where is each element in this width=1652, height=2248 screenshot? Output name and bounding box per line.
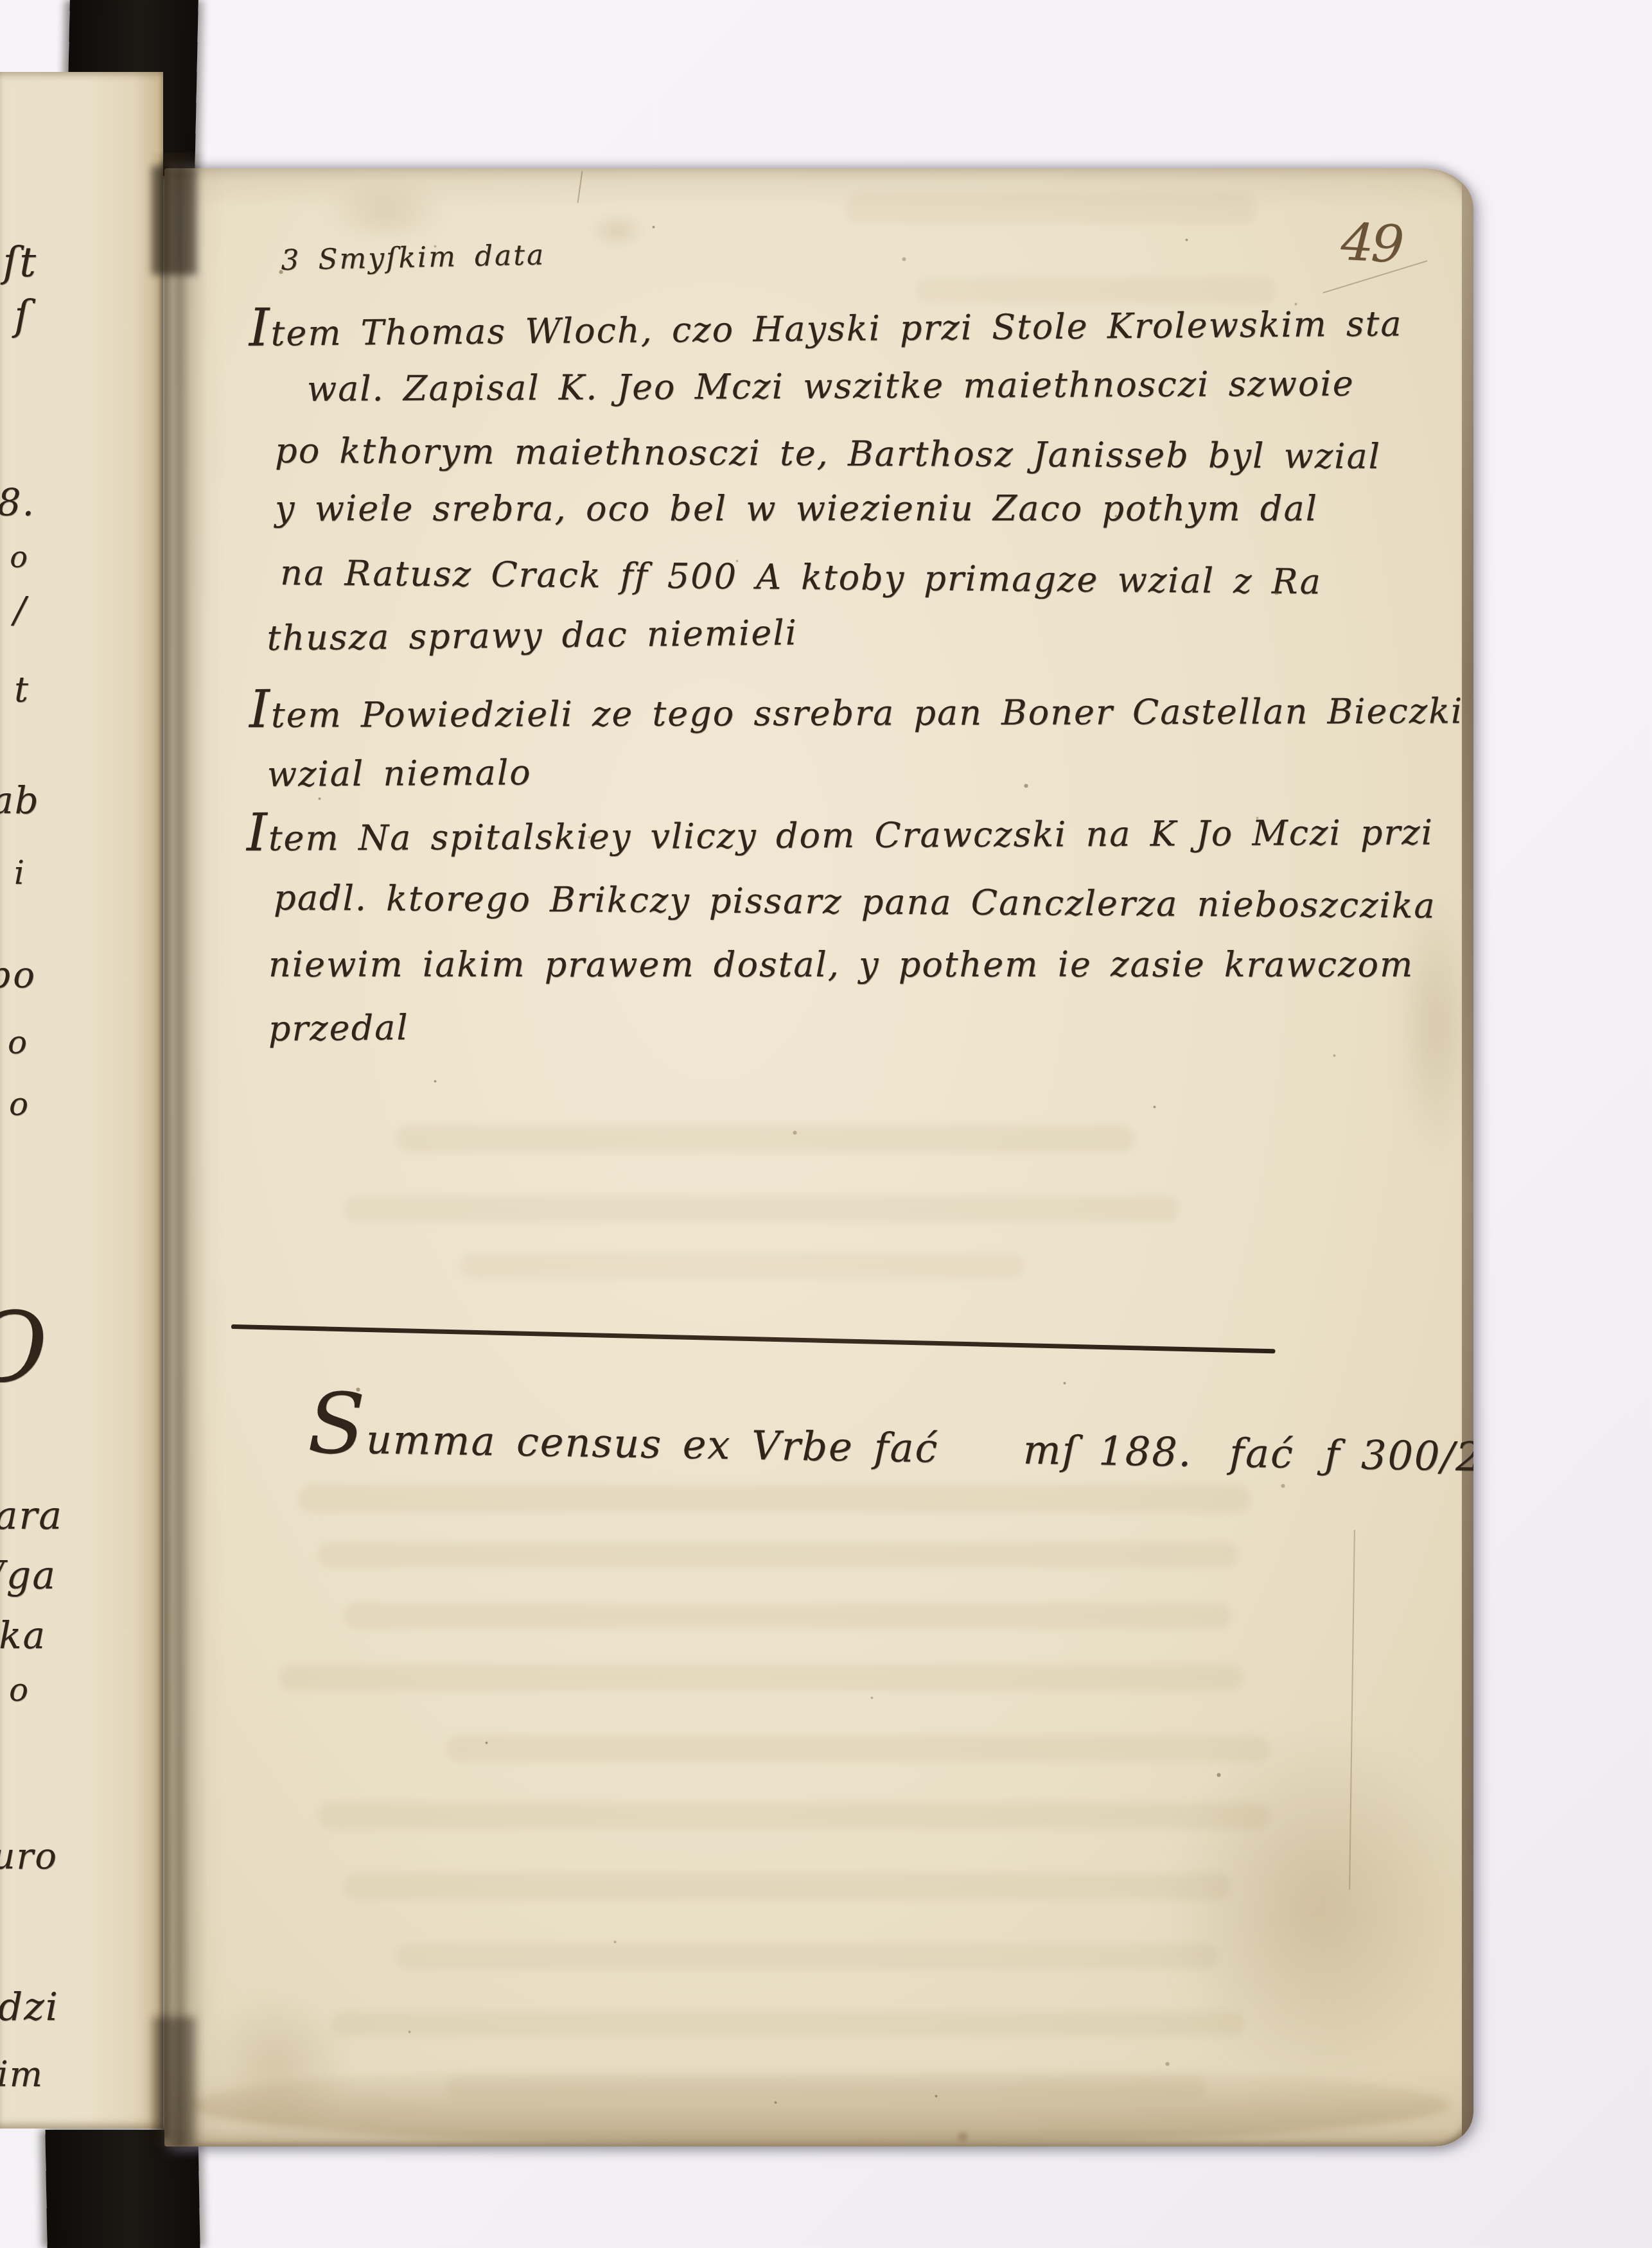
- ink-bleedthrough: [447, 2076, 1205, 2099]
- ink-bleedthrough: [460, 1254, 1025, 1278]
- manuscript-line-4: y wiele srebra, oco bel w wiezieniu Zaco…: [275, 488, 1318, 529]
- facing-page-text-fragment: duro: [0, 1836, 58, 1877]
- ink-bleedthrough: [396, 1944, 1218, 1969]
- manuscript-line-2: wal. Zapisal K. Jeo Mczi wszitke maiethn…: [307, 363, 1355, 409]
- scratch-mark-vertical: [1349, 1530, 1355, 1890]
- facing-page-text-fragment: ſ: [14, 292, 31, 340]
- ink-bleedthrough: [319, 1543, 1237, 1567]
- facing-page-text-fragment: o: [9, 1671, 30, 1708]
- ink-bleedthrough: [396, 1125, 1134, 1152]
- facing-page: ſtſ8.o/tlabiboooOBaraWgakaodurozdziim: [0, 72, 163, 2129]
- ink-bleedthrough: [447, 1735, 1269, 1761]
- heading-line: 3 Smyſkim data: [281, 238, 546, 277]
- paper-stain: [203, 1992, 351, 2140]
- manuscript-line-11: niewim iakim prawem dostal, y pothem ie …: [268, 944, 1414, 985]
- gutter-shadow-top: [152, 166, 197, 275]
- summary-label: Summa census ex Vrbe fać: [307, 1415, 939, 1471]
- facing-page-text-fragment: o: [9, 1085, 30, 1123]
- top-edge-nick: [577, 171, 583, 203]
- manuscript-line-1: Item Thomas Wloch, czo Hayski przi Stole…: [249, 288, 1403, 358]
- summary-line: Summa census ex Vrbe fać mſ 188. fać ƒ 3…: [307, 1374, 1473, 1491]
- facing-page-text-fragment: ka: [0, 1613, 46, 1657]
- paper-stain: [325, 181, 447, 242]
- ink-bleedthrough: [299, 1485, 1250, 1512]
- facing-page-text-fragment: o: [8, 1024, 28, 1061]
- facing-page-text-fragment: zdzi: [0, 1985, 59, 2030]
- summary-divider-rule: [231, 1324, 1276, 1353]
- facing-page-text-fragment: o: [10, 540, 29, 574]
- paper-stain: [954, 2130, 971, 2143]
- facing-page-text-fragment: bo: [0, 954, 36, 996]
- facing-page-text-fragment: i: [14, 854, 26, 891]
- facing-page-text-fragment: O: [0, 1292, 49, 1404]
- scanned-manuscript-photo: ſtſ8.o/tlabiboooOBaraWgakaodurozdziim 49…: [0, 0, 1652, 2248]
- facing-page-text-fragment: t: [14, 669, 30, 710]
- summary-marks-amount: mſ 188.: [1023, 1427, 1193, 1476]
- page-edge: [1462, 168, 1473, 2147]
- folio-number: 49: [1340, 212, 1403, 275]
- paper-stain: [588, 213, 646, 249]
- facing-page-text-fragment: ſt: [3, 239, 37, 286]
- paper-stain: [1166, 1723, 1468, 2089]
- ink-bleedthrough: [344, 1196, 1179, 1222]
- manuscript-line-12: przedal: [268, 1007, 409, 1049]
- manuscript-line-8: wzial niemalo: [267, 752, 532, 795]
- facing-page-text-fragment: Bara: [0, 1493, 63, 1538]
- ink-bleedthrough: [280, 1665, 1243, 1690]
- summary-florins-amount: ƒ 300/24:: [1324, 1431, 1473, 1481]
- facing-page-text-fragment: Wga: [0, 1553, 57, 1598]
- manuscript-line-5: na Ratusz Crack ff 500 A ktoby primagze …: [280, 552, 1322, 602]
- facing-page-text-fragment: lab: [0, 778, 40, 822]
- gutter-shadow-bottom: [153, 2017, 195, 2145]
- manuscript-page: 49 3 Smyſkim data Item Thomas Wloch, czo…: [164, 168, 1473, 2147]
- manuscript-line-10: padl. ktorego Brikczy pissarz pana Cancz…: [274, 877, 1436, 926]
- facing-page-text-fragment: im: [0, 2054, 44, 2094]
- manuscript-line-7: Item Powiedzieli ze tego ssrebra pan Bon…: [249, 675, 1464, 740]
- ink-bleedthrough: [845, 194, 1256, 224]
- facing-page-text-fragment: /: [13, 590, 27, 631]
- manuscript-line-3: po kthorym maiethnosczi te, Barthosz Jan…: [275, 430, 1381, 477]
- book-spine-bottom: [45, 2130, 200, 2248]
- ink-bleedthrough: [344, 1874, 1231, 1899]
- ink-bleedthrough: [319, 1803, 1269, 1829]
- manuscript-line-9: Item Na spitalskiey vliczy dom Crawczski…: [247, 796, 1434, 863]
- ink-bleedthrough: [344, 1604, 1231, 1628]
- ink-bleedthrough: [331, 2012, 1243, 2036]
- facing-page-text-fragment: 8.: [0, 480, 35, 524]
- paper-stain: [190, 2063, 1449, 2147]
- summary-fac: fać: [1229, 1430, 1295, 1478]
- manuscript-line-6: thusza sprawy dac niemieli: [267, 612, 798, 658]
